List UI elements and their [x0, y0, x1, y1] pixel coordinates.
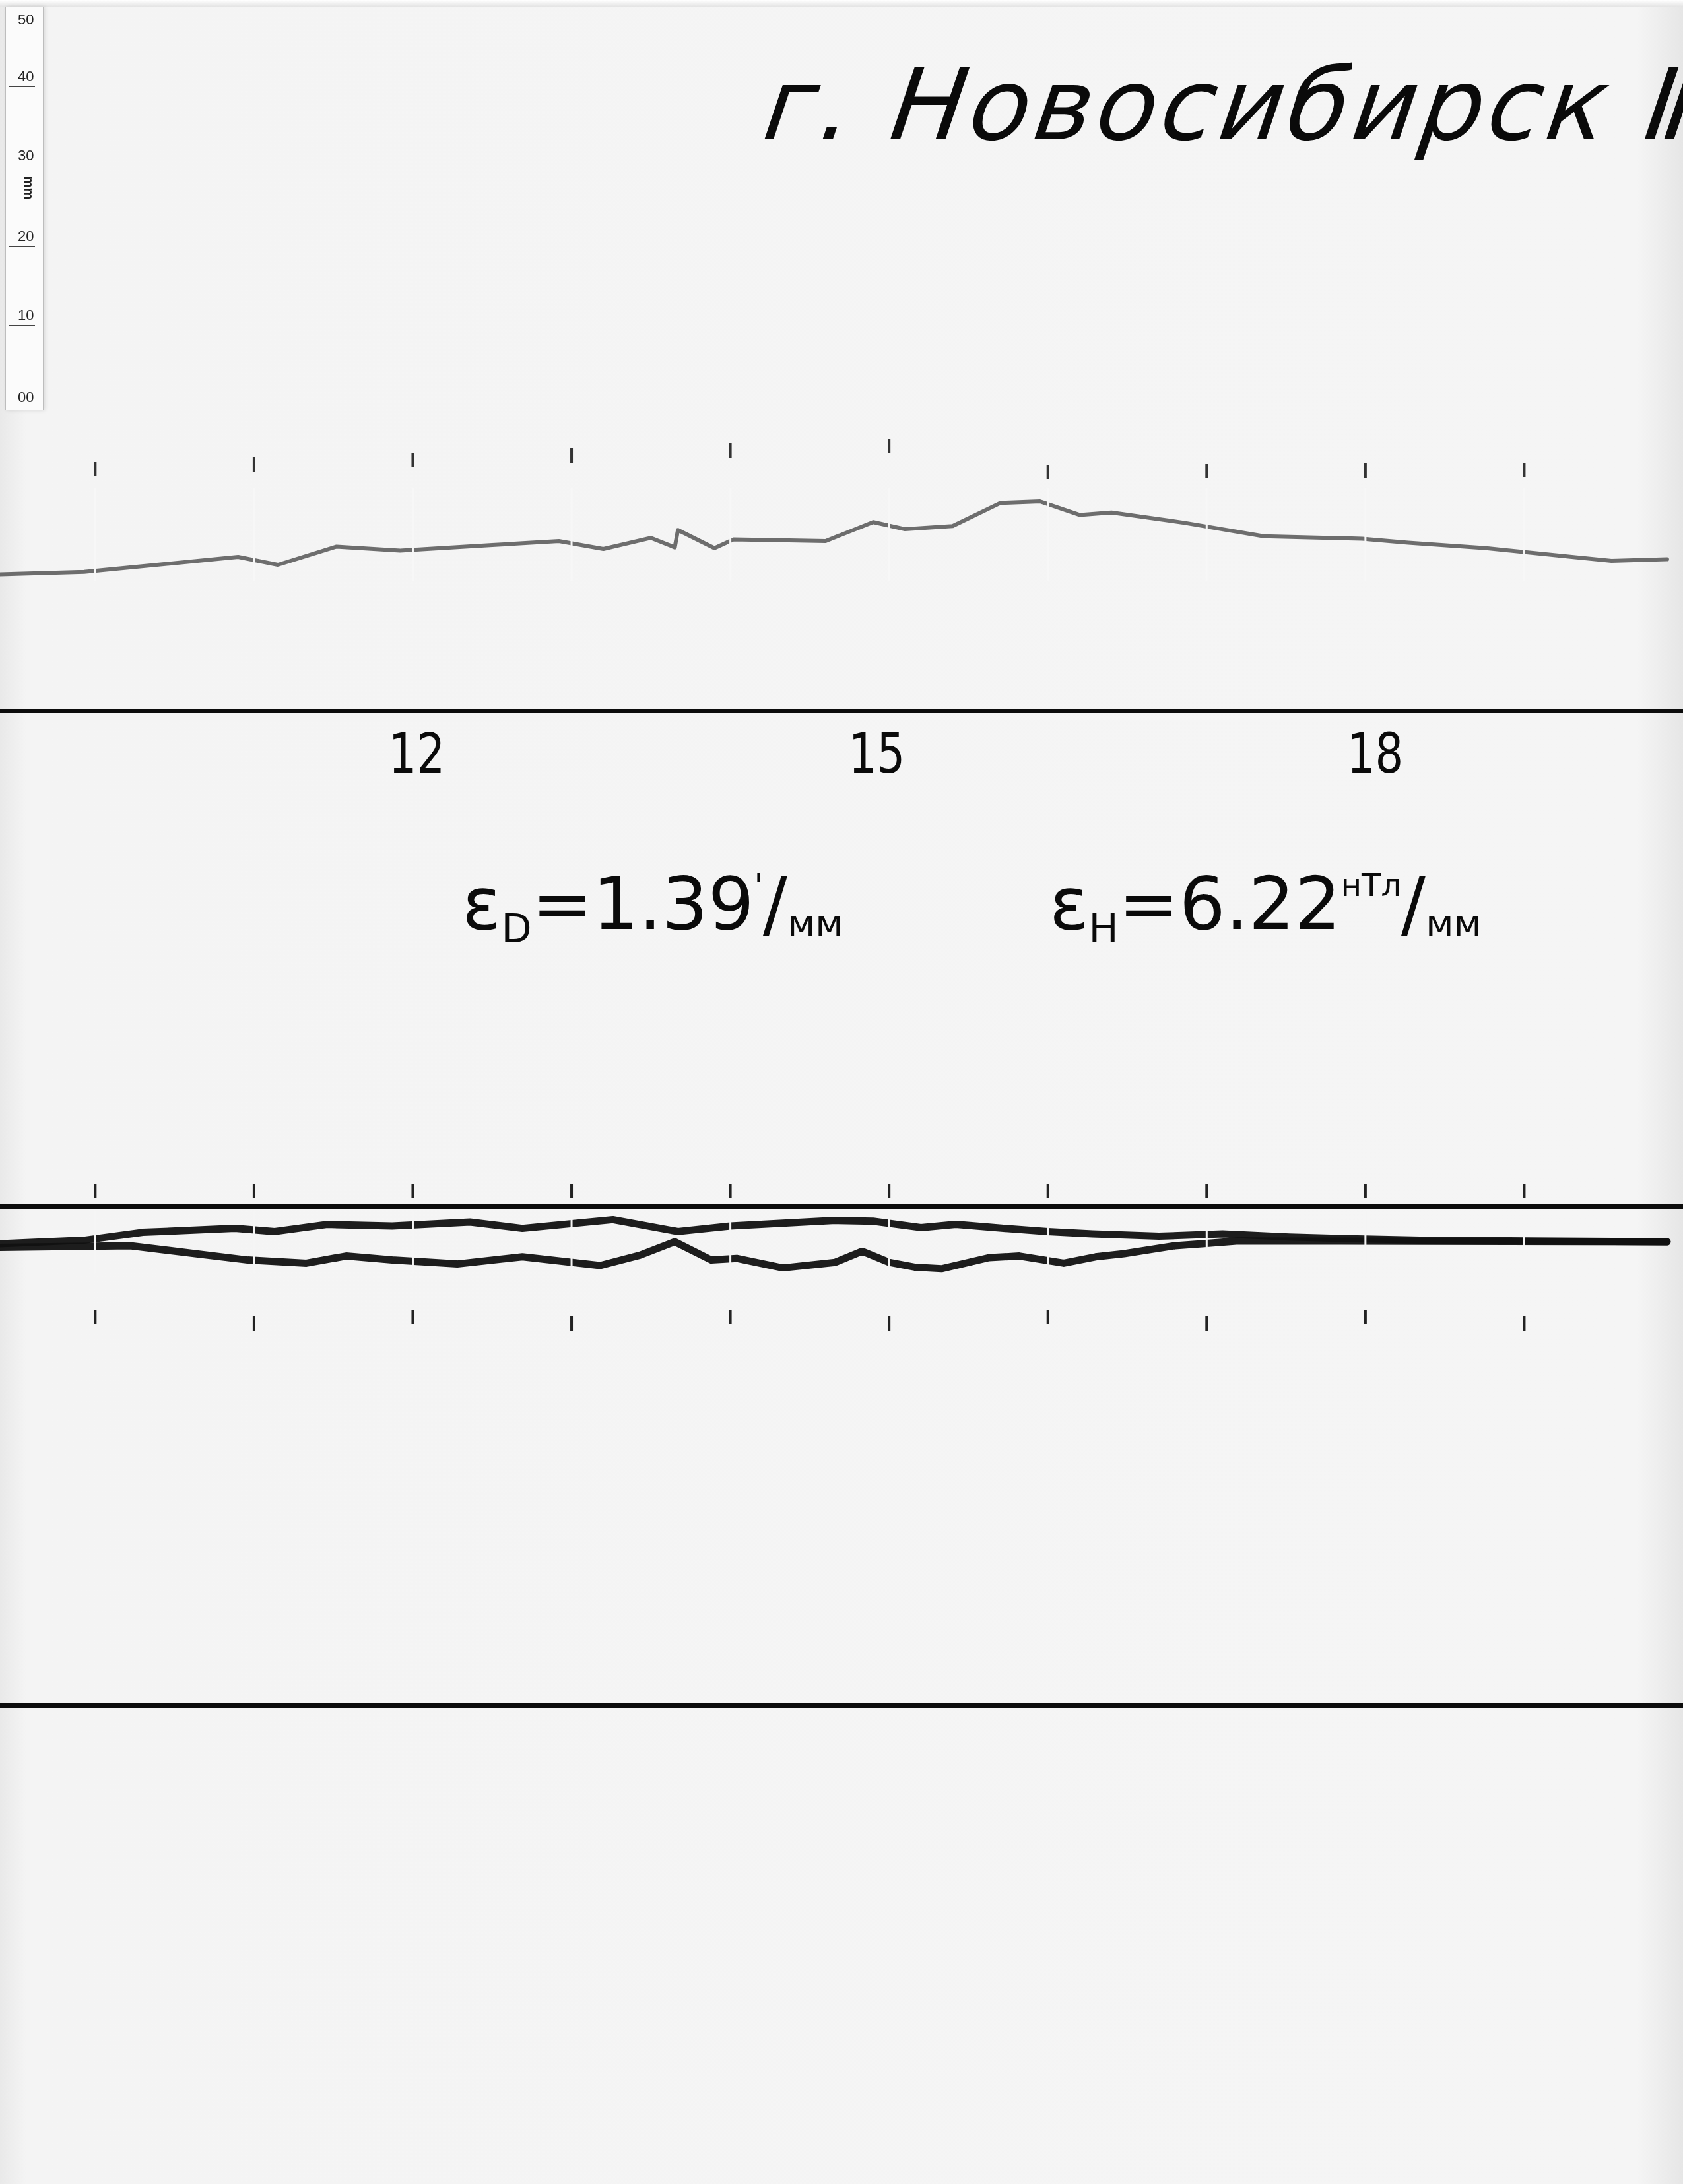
trace-line-0 [0, 501, 1667, 574]
magnetogram-traces [0, 0, 1683, 2184]
trace-line-2 [0, 1241, 1667, 1269]
